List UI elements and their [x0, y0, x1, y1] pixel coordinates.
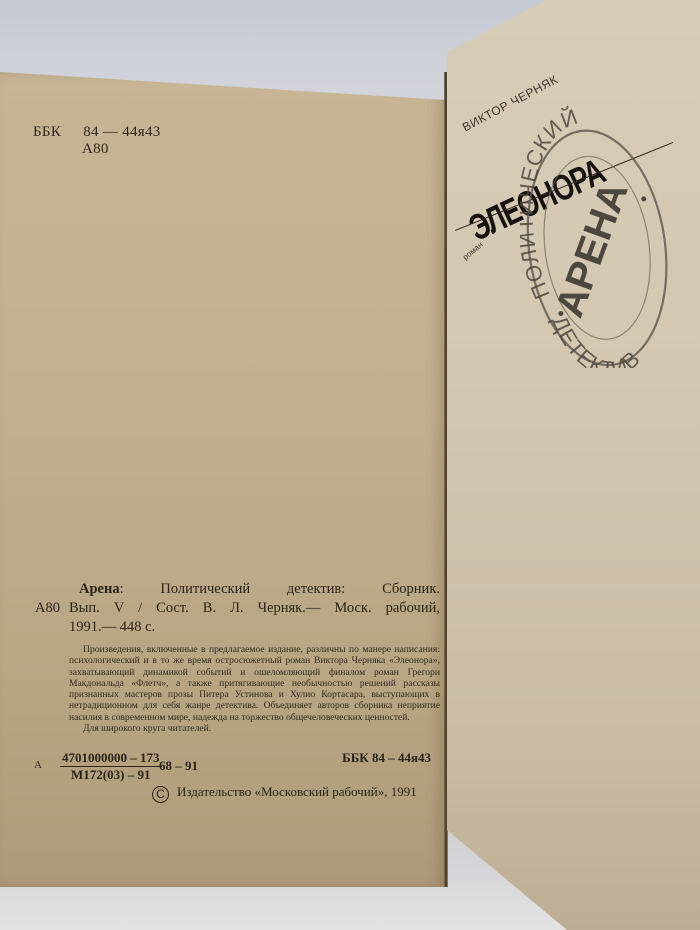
classification-block: ББК 84 — 44я43 А80 — [33, 124, 161, 158]
annotation-audience: Для широкого круга читателей. — [69, 723, 440, 734]
imprint-numerator: 4701000000 – 173 — [60, 750, 162, 767]
annotation-paragraph: Произведения, включенные в предлагаемое … — [69, 644, 440, 723]
entry-title: Арена — [79, 581, 120, 597]
copyright-icon: C — [152, 786, 169, 803]
copyright-text: Издательство «Московский рабочий», 1991 — [177, 784, 417, 799]
bbk-label: ББК — [33, 124, 61, 140]
imprint-suffix: 68 – 91 — [159, 758, 198, 774]
arena-stamp-logo: ПОЛИТИЧЕСКИЙ ДЕТЕКТИВ АРЕНА — [520, 98, 670, 368]
copyright-line: CИздательство «Московский рабочий», 1991 — [152, 784, 417, 803]
imprint-bbk: ББК 84 – 44я43 — [342, 750, 431, 766]
entry-code: А80 — [35, 599, 69, 618]
imprint-fraction: 4701000000 – 173 М172(03) – 91 — [60, 750, 162, 783]
bibliographic-record: Арена: Политический детектив: Сборник. А… — [35, 580, 440, 734]
bbk-code: 84 — 44я43 — [83, 124, 160, 140]
entry-line2: Вып. V / Сост. В. Л. Черняк.— Моск. рабо… — [69, 600, 440, 616]
entry-line3: 1991.— 448 с. — [35, 618, 440, 637]
entry-line1: : Политический детектив: Сборник. — [120, 581, 440, 597]
imprint-prefix: А — [34, 759, 42, 771]
annotation: Произведения, включенные в предлагаемое … — [35, 644, 440, 734]
bibliographic-entry: Арена: Политический детектив: Сборник. А… — [35, 580, 440, 637]
stamp-center-text: АРЕНА — [547, 176, 636, 323]
imprint-denominator: М172(03) – 91 — [60, 767, 162, 783]
author-mark: А80 — [82, 141, 161, 158]
